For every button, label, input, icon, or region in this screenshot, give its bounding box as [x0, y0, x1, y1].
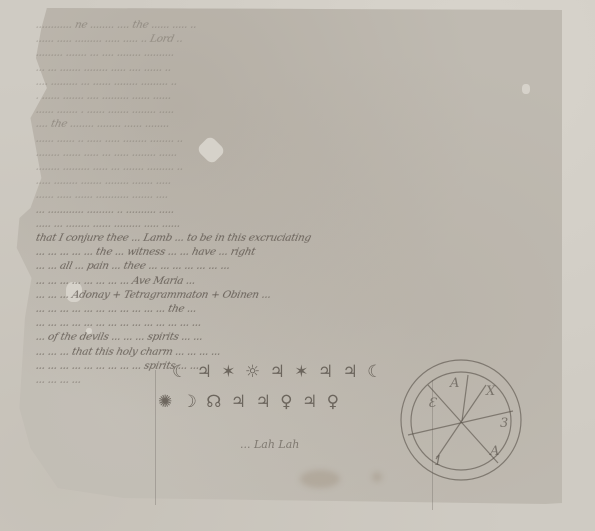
text-line: ... ... ... ... ... ... ... ... ... ... …: [34, 302, 557, 316]
text-line: . ...... ....... .... ......... ...... .…: [34, 89, 557, 103]
text-line: ...... ..... ...... ........... ....... …: [34, 188, 557, 202]
svg-text:A: A: [489, 444, 499, 459]
text-line: ... ... all ... pain ... thee ... ... ..…: [34, 259, 557, 273]
ruled-line: [155, 370, 156, 505]
svg-text:X: X: [485, 384, 496, 399]
text-line: ... ... ....... ........ ..... .... ....…: [34, 61, 557, 75]
text-line: ............ ne ........ .... the ......…: [34, 18, 557, 32]
svg-text:3: 3: [500, 416, 508, 431]
symbol-row: ✺ ☽ ☊ ♃ ♃ ♀ ♃ ♀: [158, 392, 384, 416]
text-line: ........ ......... ..... ... ....... ...…: [34, 160, 557, 174]
stain: [300, 470, 340, 488]
svg-text:Ɛ: Ɛ: [428, 396, 438, 411]
text-line: ... of the devils ... ... ... spirits ..…: [34, 330, 557, 344]
text-line: ..... ... ........ ...... ......... ....…: [34, 217, 557, 231]
svg-text:A: A: [449, 376, 459, 391]
text-line: that I conjure thee ... Lamb ... to be i…: [34, 231, 557, 245]
text-line: ... ............ ......... .. ..........…: [34, 203, 557, 217]
text-line: ...... ....... . ...... ....... ........…: [34, 103, 557, 117]
seal-diagram: A X 3 A 1 Ɛ: [398, 355, 528, 485]
seal-icon: A X 3 A 1 Ɛ: [398, 355, 528, 485]
text-line: .... ......... ... ...... ........ .....…: [34, 75, 557, 89]
text-line: ...... ..... ......... ..... ..... .. Lo…: [34, 32, 557, 46]
text-line: .... the ........ ........ ...... ......…: [34, 117, 557, 131]
svg-text:1: 1: [434, 454, 442, 469]
text-line: ... ... ... ... ... ... ... ... ... ... …: [34, 316, 557, 330]
text-line: ........ ...... ..... ... ..... ........…: [34, 146, 557, 160]
text-line: ... ... ... Adonay + Tetragrammaton + Ob…: [34, 288, 557, 302]
symbol-row: ☾ ♃ ✶ ☼ ♃ ✶ ♃ ♃ ☾: [172, 362, 384, 386]
text-line: ......... ....... ... .... ........ ....…: [34, 46, 557, 60]
text-line: ...... ...... .. ..... ..... ........ ..…: [34, 132, 557, 146]
manuscript-text: ............ ne ........ .... the ......…: [36, 18, 556, 387]
text-line: ..... ........ ....... ........ ....... …: [34, 174, 557, 188]
stain: [372, 472, 382, 482]
signature: ... Lah Lah: [240, 438, 299, 451]
text-line: ... ... ... ... ... ... ... ... Ave Mari…: [34, 274, 557, 288]
magical-symbols: ☾ ♃ ✶ ☼ ♃ ✶ ♃ ♃ ☾ ✺ ☽ ☊ ♃ ♃ ♀ ♃ ♀: [172, 362, 384, 416]
text-line: ... ... ... ... ... the ... witness ... …: [34, 245, 557, 259]
